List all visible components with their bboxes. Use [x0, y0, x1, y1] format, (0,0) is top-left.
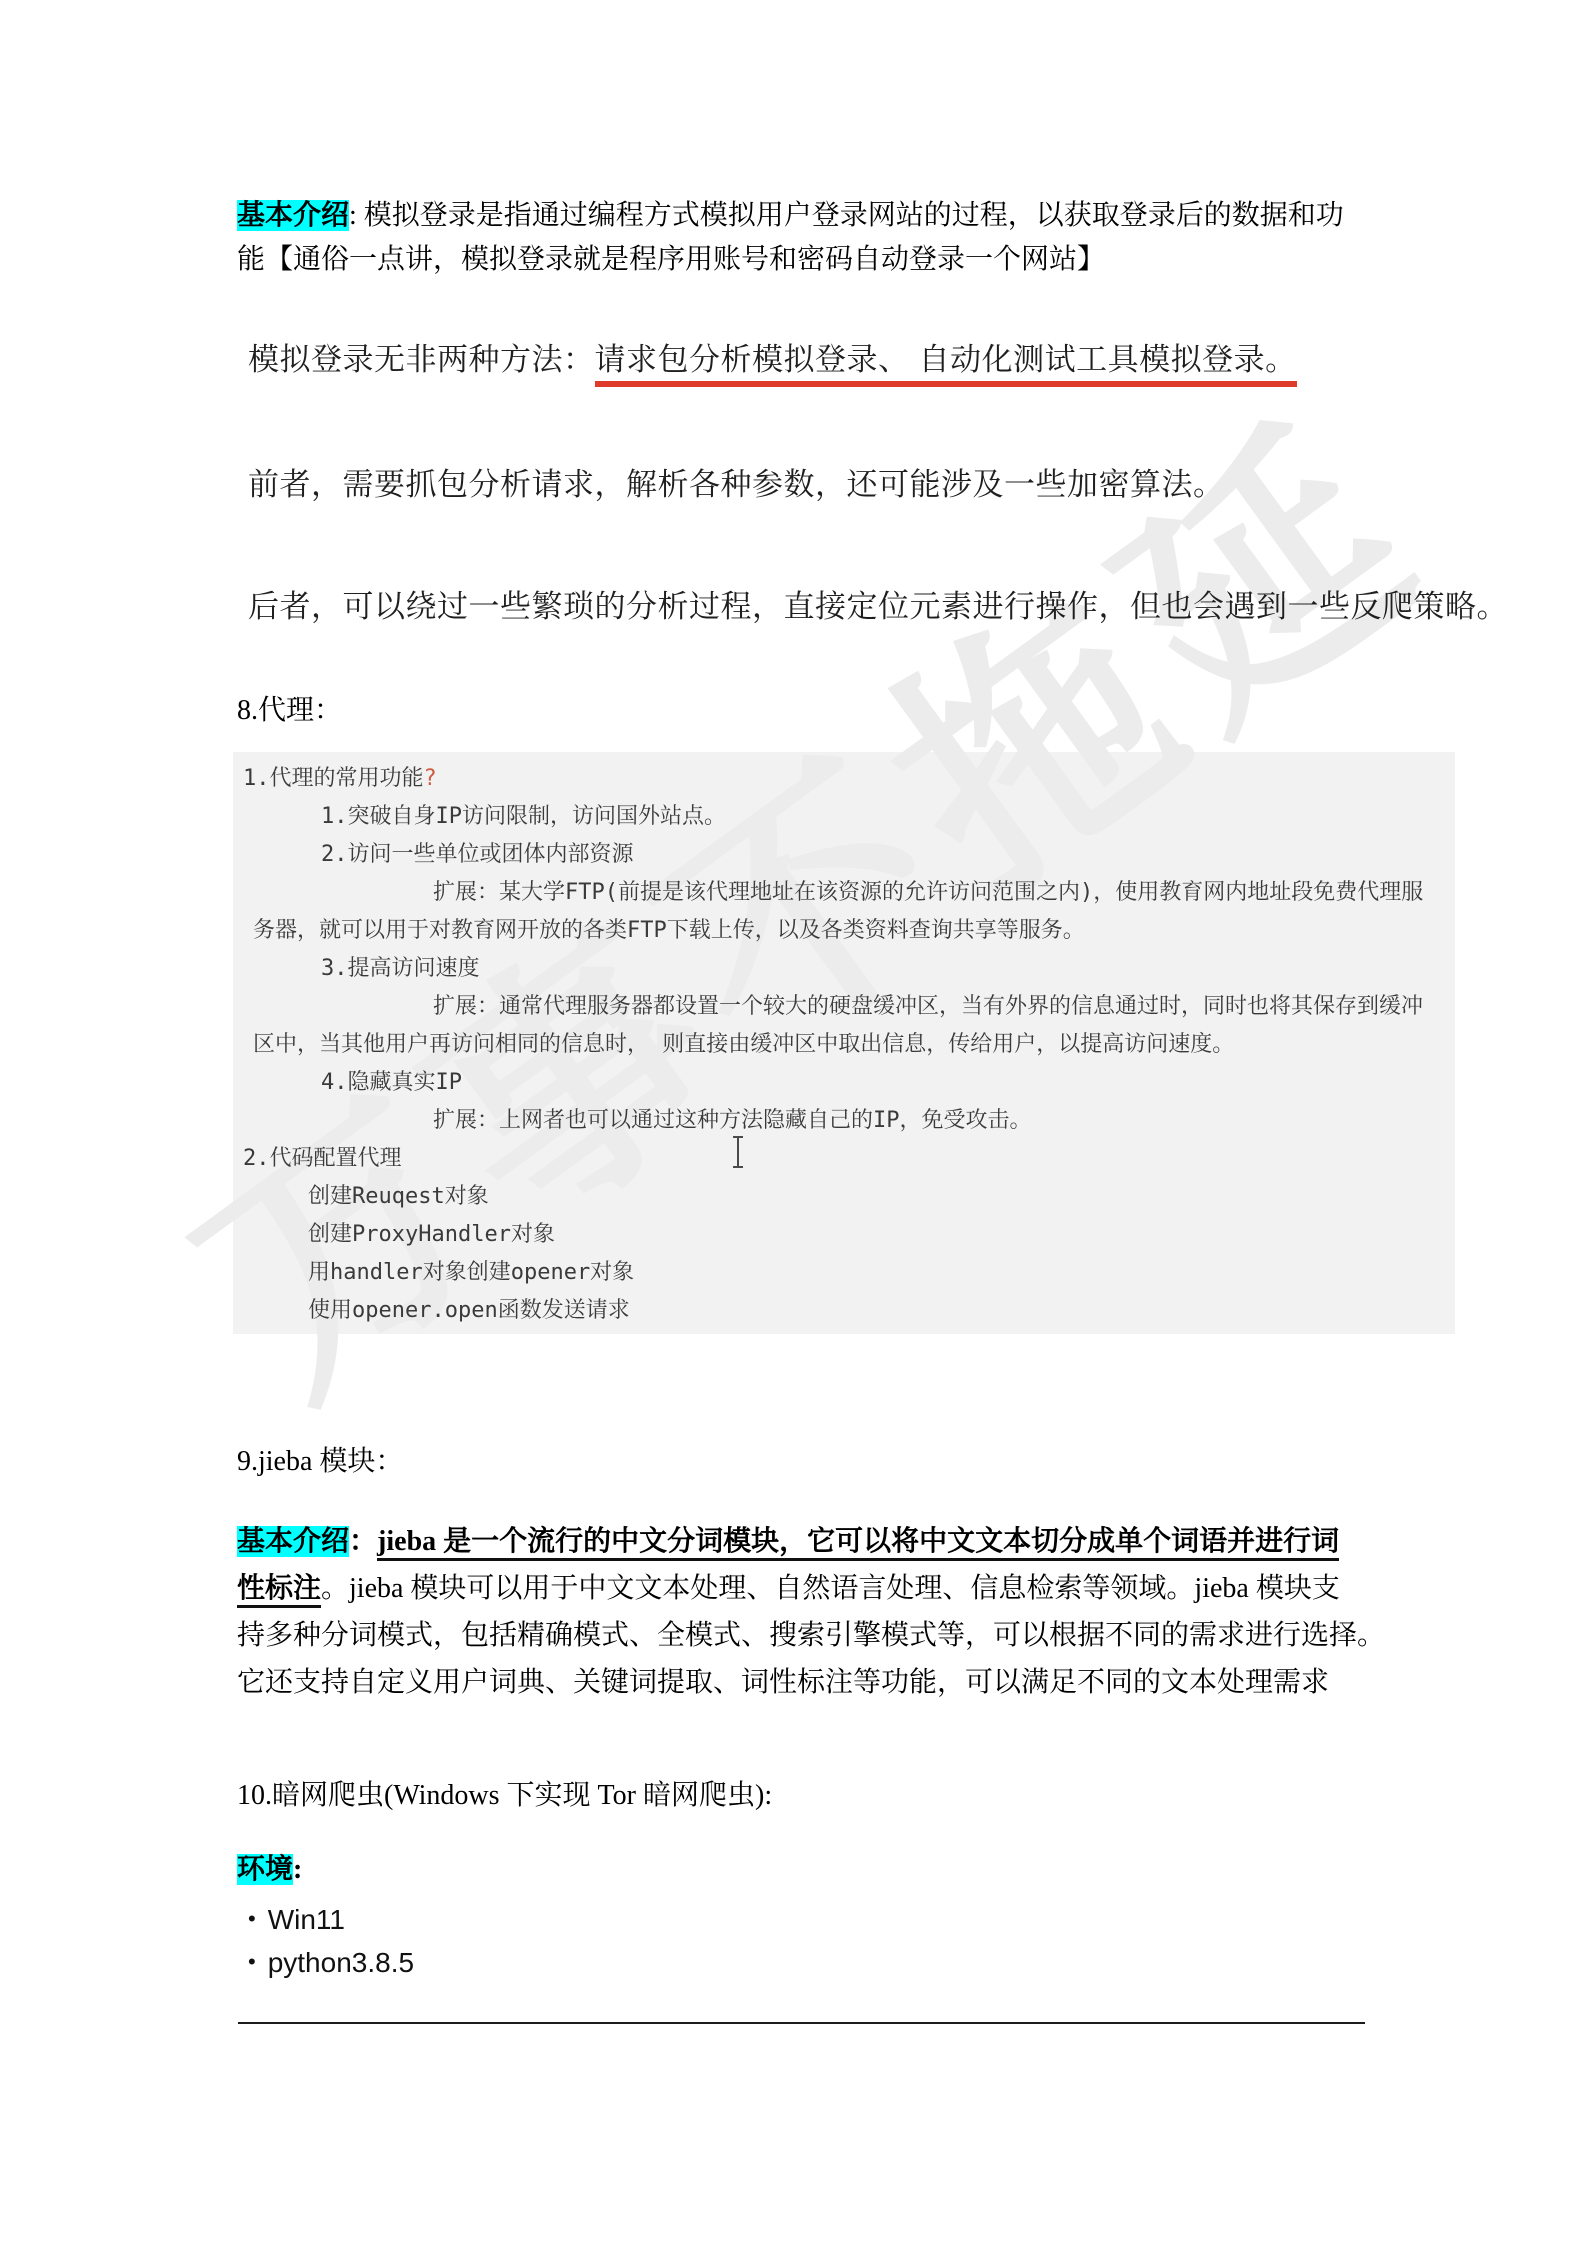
horizontal-divider [238, 2022, 1365, 2024]
bullet-marker: • [248, 1949, 256, 1974]
code-line: 用handler对象创建opener对象 [233, 1254, 1455, 1292]
section8-heading: 8.代理： [237, 691, 342, 731]
intro-line1-text: 模拟登录是指通过编程方式模拟用户登录网站的过程，以获取登录后的数据和功 [364, 200, 1344, 231]
code-line: 1.突破自身IP访问限制，访问国外站点。 [233, 798, 1455, 836]
jieba-paragraph-line2: 性标注。jieba 模块可以用于中文文本处理、自然语言处理、信息检索等领域。ji… [237, 1569, 1340, 1609]
env-item-text: python3.8.5 [268, 1947, 414, 1978]
code-line: 扩展：某大学FTP(前提是该代理地址在该资源的允许访问范围之内)，使用教育网内地… [233, 874, 1455, 912]
question-mark: ? [424, 766, 437, 791]
methods-underlined-text: 请求包分析模拟登录、 自动化测试工具模拟登录。 [595, 342, 1297, 387]
env-item-text: Win11 [268, 1904, 345, 1935]
jieba-paragraph-line1: 基本介绍：jieba 是一个流行的中文分词模块，它可以将中文文本切分成单个词语并… [237, 1522, 1339, 1562]
env-list-item: •python3.8.5 [248, 1947, 414, 1979]
code-line: 扩展：上网者也可以通过这种方法隐藏自己的IP，免受攻击。 [233, 1102, 1455, 1140]
code-line: 务器，就可以用于对教育网开放的各类FTP下载上传，以及各类资料查询共享等服务。 [233, 912, 1455, 950]
methods-prefix: 模拟登录无非两种方法： [248, 342, 595, 377]
intro-paragraph-line2: 能【通俗一点讲，模拟登录就是程序用账号和密码自动登录一个网站】 [237, 240, 1105, 280]
jieba-paragraph-line4: 它还支持自定义用户词典、关键词提取、词性标注等功能，可以满足不同的文本处理需求 [237, 1663, 1329, 1703]
code-line: 创建Reuqest对象 [233, 1178, 1455, 1216]
jieba-highlight-label: 基本介绍 [237, 1526, 349, 1557]
intro-colon: : [349, 200, 364, 231]
section9-heading: 9.jieba 模块： [237, 1442, 403, 1482]
code-block: 1.代理的常用功能? 1.突破自身IP访问限制，访问国外站点。 2.访问一些单位… [233, 760, 1455, 1330]
code-line: 创建ProxyHandler对象 [233, 1216, 1455, 1254]
jieba-bold-underline-1: jieba 是一个流行的中文分词模块，它可以将中文文本切分成单个词语并进行词 [377, 1526, 1339, 1561]
code-line: 4.隐藏真实IP [233, 1064, 1455, 1102]
code-line-text: 1.代理的常用功能 [243, 766, 424, 791]
env-label-line: 环境: [237, 1850, 302, 1890]
env-list-item: •Win11 [248, 1904, 345, 1936]
intro-paragraph-line1: 基本介绍: 模拟登录是指通过编程方式模拟用户登录网站的过程，以获取登录后的数据和… [237, 196, 1344, 236]
section10-heading: 10.暗网爬虫(Windows 下实现 Tor 暗网爬虫): [237, 1776, 772, 1816]
code-line: 扩展：通常代理服务器都设置一个较大的硬盘缓冲区，当有外界的信息通过时，同时也将其… [233, 988, 1455, 1026]
former-paragraph: 前者，需要抓包分析请求，解析各种参数，还可能涉及一些加密算法。 [248, 459, 1225, 504]
intro-highlight-label: 基本介绍 [237, 200, 349, 231]
jieba-paragraph-line3: 持多种分词模式，包括精确模式、全模式、搜索引擎模式等，可以根据不同的需求进行选择… [237, 1616, 1385, 1656]
jieba-bold-underline-2: 性标注 [237, 1573, 321, 1608]
jieba-colon: ： [349, 1526, 377, 1557]
code-line: 区中，当其他用户再访问相同的信息时， 则直接由缓冲区中取出信息，传给用户，以提高… [233, 1026, 1455, 1064]
methods-statement: 模拟登录无非两种方法：请求包分析模拟登录、 自动化测试工具模拟登录。 [248, 334, 1297, 379]
code-line: 1.代理的常用功能? [233, 760, 1455, 798]
jieba-line2-text: 。jieba 模块可以用于中文文本处理、自然语言处理、信息检索等领域。jieba… [321, 1573, 1340, 1604]
code-line: 2.访问一些单位或团体内部资源 [233, 836, 1455, 874]
code-line: 3.提高访问速度 [233, 950, 1455, 988]
text-cursor-icon [737, 1136, 739, 1168]
code-line: 使用opener.open函数发送请求 [233, 1292, 1455, 1330]
env-colon: : [293, 1854, 302, 1885]
code-line: 2.代码配置代理 [233, 1140, 1455, 1178]
latter-paragraph: 后者，可以绕过一些繁琐的分析过程，直接定位元素进行操作，但也会遇到一些反爬策略。 [248, 581, 1508, 626]
env-highlight-label: 环境 [237, 1854, 293, 1885]
document-page: 万事不拖延 基本介绍: 模拟登录是指通过编程方式模拟用户登录网站的过程，以获取登… [0, 0, 1587, 2245]
bullet-marker: • [248, 1906, 256, 1931]
